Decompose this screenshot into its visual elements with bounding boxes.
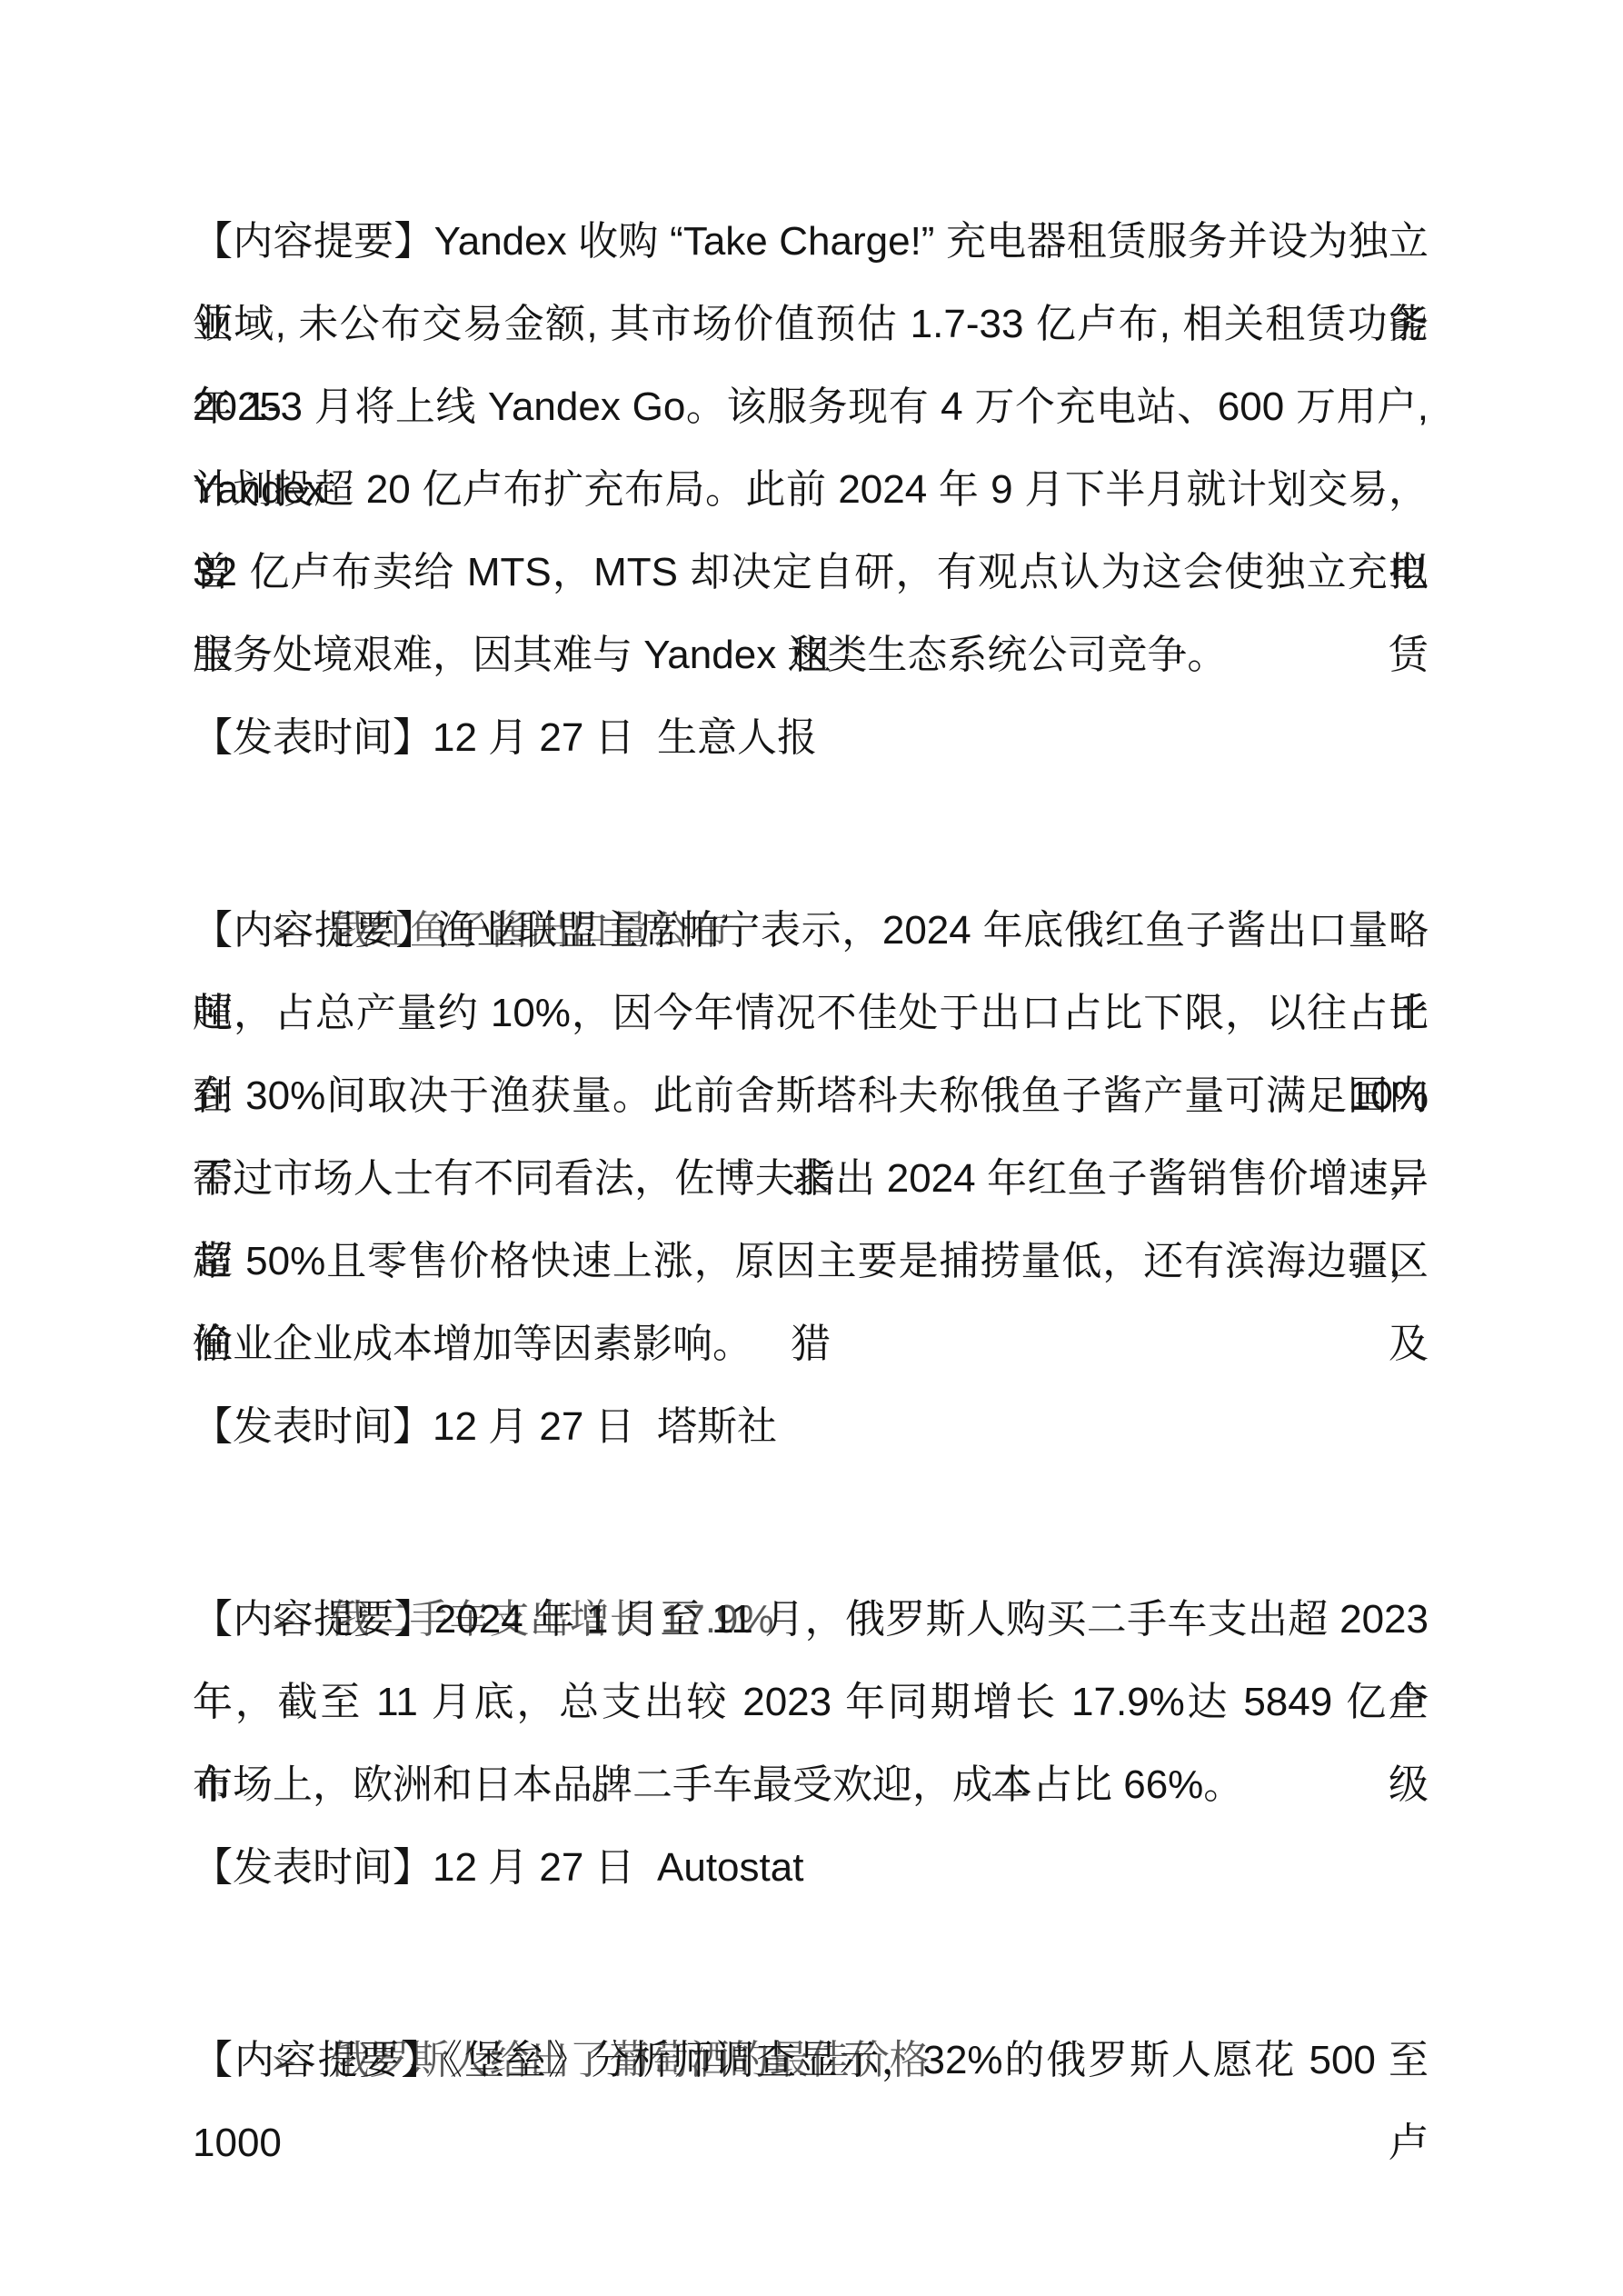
- news-summary: 【内容提要】渔业联盟主席帕宁表示，2024 年底俄红鱼子酱出口量略超千 吨，占总…: [193, 889, 1429, 1385]
- summary-line: 吨，占总产量约 10%，因今年情况不佳处于出口占比下限，以往占比在 10%: [193, 972, 1429, 1054]
- document-content: 【内容提要】Yandex 收购 “Take Charge!” 充电器租赁服务并设…: [193, 200, 1429, 2101]
- publish-date-line: 【发表时间】12 月 27 日 生意人报: [193, 696, 1429, 779]
- document-page: 【内容提要】Yandex 收购 “Take Charge!” 充电器租赁服务并设…: [0, 0, 1623, 2296]
- summary-line: 超 50%且零售价格快速上涨，原因主要是捕捞量低，还有滨海边疆区偷猎及: [193, 1220, 1429, 1303]
- summary-line: 不过市场人士有不同看法，佐博夫指出 2024 年红鱼子酱销售价增速异常，: [193, 1137, 1429, 1220]
- news-summary: 【内容提要】2024 年 1 月至 11 月，俄罗斯人购买二手车支出超 2023…: [193, 1578, 1429, 1826]
- summary-line: 【内容提要】2024 年 1 月至 11 月，俄罗斯人购买二手车支出超 2023…: [193, 1578, 1429, 1661]
- summary-line: 到 30%间取决于渔获量。此前舍斯塔科夫称俄鱼子酱产量可满足国内需求，: [193, 1054, 1429, 1137]
- publish-date-line: 【发表时间】12 月 27 日 塔斯社: [193, 1385, 1429, 1468]
- summary-line: 【内容提要】《堡垒》分析师调查显示，32%的俄罗斯人愿花 500 至 1000 …: [193, 2019, 1429, 2101]
- summary-line: 领域, 未公布交易金额, 其市场价值预估 1.7-33 亿卢布, 相关租赁功能 …: [193, 283, 1429, 365]
- summary-line: 【内容提要】渔业联盟主席帕宁表示，2024 年底俄红鱼子酱出口量略超千: [193, 889, 1429, 972]
- summary-line: 市场上，欧洲和日本品牌二手车最受欢迎，成本占比 66%。: [193, 1743, 1429, 1826]
- news-summary: 【内容提要】《堡垒》分析师调查显示，32%的俄罗斯人愿花 500 至 1000 …: [193, 2019, 1429, 2101]
- summary-line: 【内容提要】Yandex 收购 “Take Charge!” 充电器租赁服务并设…: [193, 200, 1429, 283]
- publish-date-line: 【发表时间】12 月 27 日 Autostat: [193, 1826, 1429, 1909]
- news-entry-heading: ➢俄红鱼子酱出口量公布: [193, 806, 1429, 889]
- summary-line: 年 1-3 月将上线 Yandex Go。该服务现有 4 万个充电站、600 万…: [193, 365, 1429, 448]
- news-summary: 【内容提要】Yandex 收购 “Take Charge!” 充电器租赁服务并设…: [193, 200, 1429, 696]
- summary-line: 计划投超 20 亿卢布扩充布局。此前 2024 年 9 月下半月就计划交易，曾拟: [193, 448, 1429, 531]
- summary-line: 年，截至 11 月底，总支出较 2023 年同期增长 17.9%达 5849 亿…: [193, 1661, 1429, 1743]
- summary-line: 32 亿卢布卖给 MTS，MTS 却决定自研，有观点认为这会使独立充电宝租赁: [193, 531, 1429, 614]
- news-entry-heading: ➢俄二手车支出增长 17.9%: [193, 1495, 1429, 1578]
- news-entry-heading: ➢俄罗斯人给出了葡萄酒的最佳价格: [193, 1936, 1429, 2019]
